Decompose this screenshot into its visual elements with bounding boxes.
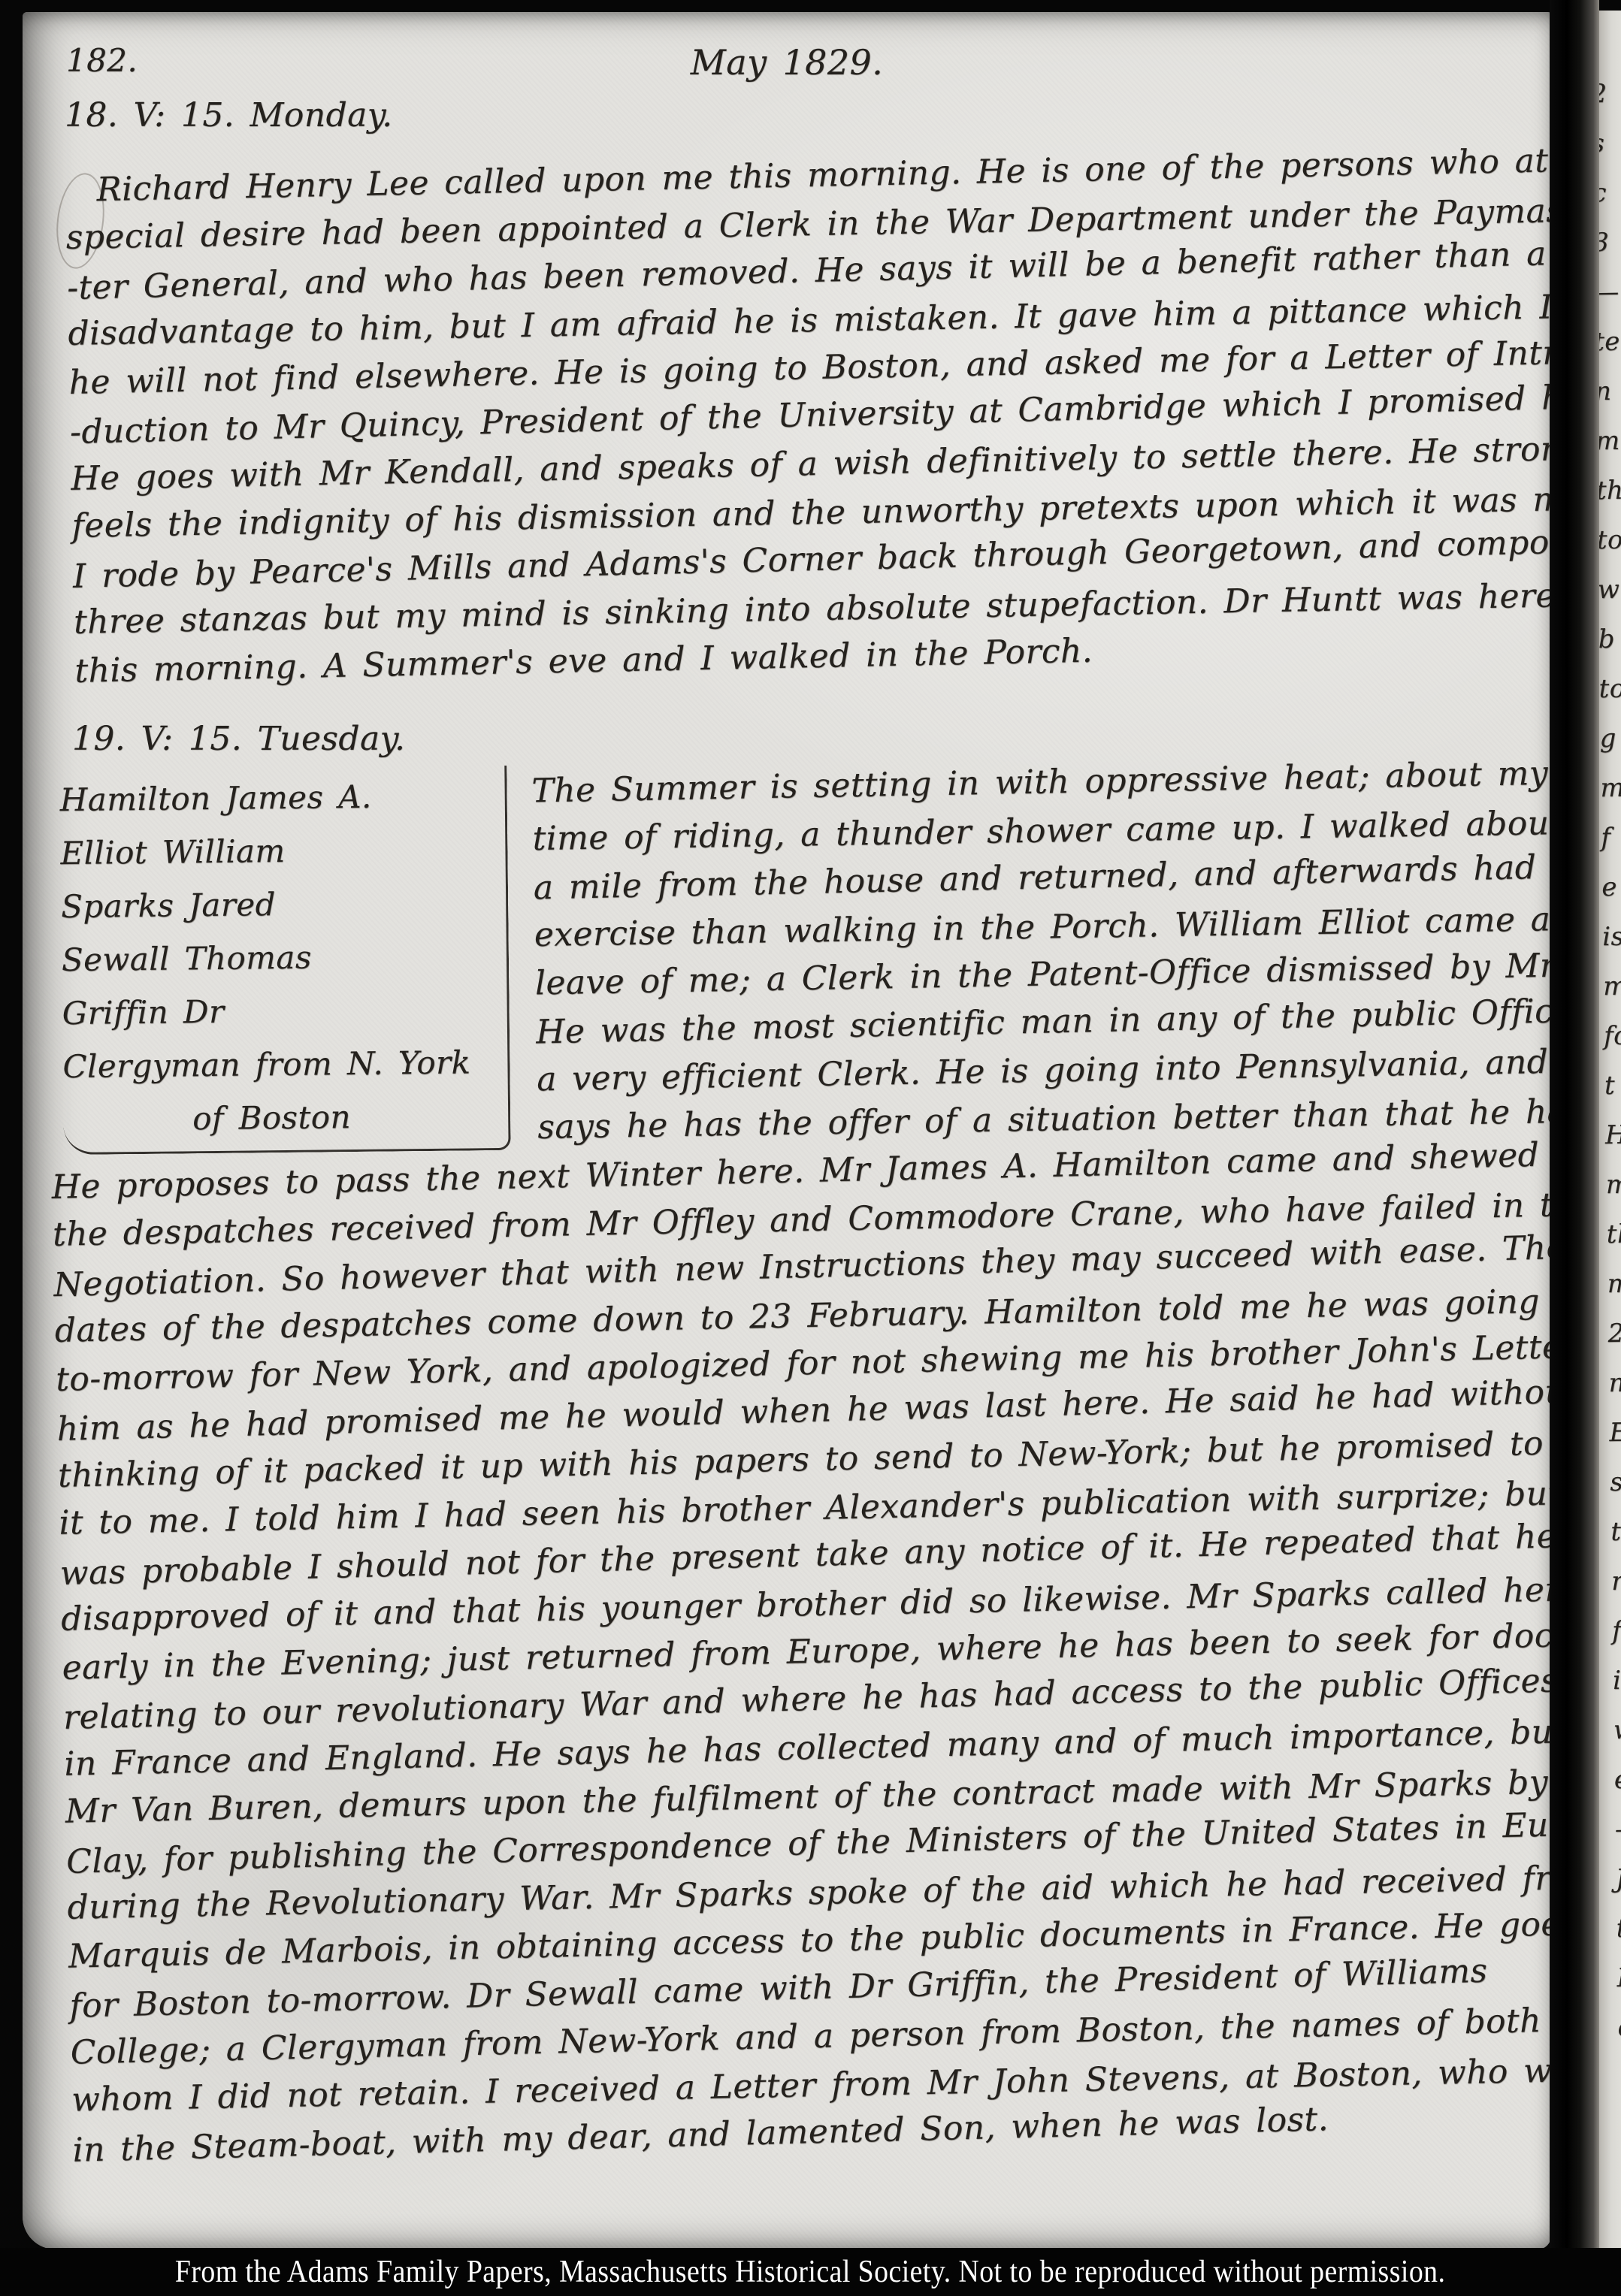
- visitor-name: Griffin Dr: [62, 982, 507, 1040]
- manuscript-page: 182. May 1829. 18. V: 15. Monday. Richar…: [23, 12, 1551, 2249]
- text-fragment: s: [1599, 119, 1609, 168]
- text-fragment: Ja: [1615, 1854, 1621, 1904]
- text-fragment: to: [1599, 664, 1616, 714]
- next-page-edge: 2sc3—tenmthtowbtogmfeismfotHmthm2nEstath…: [1599, 11, 1621, 2249]
- book-gutter-shadow: [1550, 0, 1599, 2296]
- text-fragment: to: [1599, 515, 1614, 565]
- text-fragment: 3: [1599, 218, 1610, 267]
- text-fragment: f: [1601, 813, 1619, 863]
- entry-heading-monday: 18. V: 15. Monday.: [65, 96, 393, 134]
- text-fragment: c: [1599, 168, 1610, 218]
- archive-credit-text: From the Adams Family Papers, Massachuse…: [175, 2254, 1446, 2290]
- text-fragment: 2: [1607, 1309, 1621, 1358]
- text-fragment: g: [1599, 714, 1617, 763]
- text-fragment: w: [1613, 1705, 1621, 1755]
- text-fragment: th: [1610, 1507, 1621, 1557]
- text-fragment: b: [1599, 615, 1616, 664]
- visitor-name: of Boston: [63, 1089, 509, 1146]
- next-page-text-fragments: 2sc3—tenmthtowbtogmfeismfotHmthm2nEstath…: [1599, 11, 1621, 2053]
- manuscript-scan: 182. May 1829. 18. V: 15. Monday. Richar…: [0, 0, 1621, 2296]
- text-fragment: 2: [1599, 69, 1608, 119]
- entry-monday-paragraph: Richard Henry Lee called upon me this mo…: [65, 137, 1541, 696]
- text-fragment: H: [1604, 1110, 1621, 1160]
- text-fragment: n: [1599, 367, 1613, 416]
- visitor-name: Hamilton James A.: [59, 769, 505, 826]
- text-fragment: t: [1616, 1904, 1621, 1953]
- text-fragment: —: [1614, 1805, 1621, 1854]
- visitor-name: Sparks Jared: [61, 875, 507, 933]
- text-fragment: m: [1605, 1160, 1621, 1210]
- archive-credit-bar: From the Adams Family Papers, Massachuse…: [0, 2248, 1621, 2296]
- text-fragment: sta: [1610, 1458, 1621, 1507]
- text-fragment: w: [1599, 565, 1615, 615]
- text-fragment: is: [1602, 912, 1620, 962]
- month-header: May 1829.: [23, 42, 1551, 83]
- text-fragment: E: [1609, 1408, 1621, 1458]
- text-fragment: m: [1611, 1557, 1621, 1606]
- text-fragment: f: [1612, 1606, 1621, 1656]
- text-fragment: m: [1599, 416, 1613, 466]
- tuesday-two-column-block: Hamilton James A.Elliot WilliamSparks Ja…: [62, 768, 1535, 1153]
- text-fragment: t: [1604, 1061, 1621, 1110]
- text-fragment: in: [1613, 1656, 1621, 1705]
- text-fragment: th: [1599, 466, 1613, 515]
- text-fragment: n: [1608, 1358, 1621, 1408]
- tuesday-column-paragraph: The Summer is setting in with oppressive…: [509, 750, 1538, 1153]
- text-fragment: H: [1616, 1953, 1621, 2003]
- visitor-name: Sewall Thomas: [62, 929, 507, 986]
- text-fragment: th: [1606, 1210, 1621, 1259]
- text-fragment: e: [1613, 1755, 1621, 1805]
- text-fragment: —: [1599, 267, 1611, 317]
- tuesday-full-paragraph: He proposes to pass the next Winter here…: [51, 1131, 1561, 2173]
- text-fragment: m: [1603, 962, 1621, 1011]
- visitor-names-list: Hamilton James A.Elliot WilliamSparks Ja…: [59, 766, 510, 1155]
- text-fragment: m: [1607, 1259, 1621, 1309]
- text-fragment: fo: [1604, 1011, 1621, 1061]
- text-fragment: te: [1599, 317, 1612, 367]
- visitor-name: Clergyman from N. York: [62, 1035, 508, 1093]
- text-fragment: m: [1600, 763, 1618, 813]
- entry-heading-tuesday: 19. V: 15. Tuesday.: [72, 720, 405, 758]
- text-fragment: e: [1601, 863, 1619, 912]
- text-fragment: e: [1617, 2003, 1621, 2053]
- visitor-name: Elliot William: [60, 822, 506, 880]
